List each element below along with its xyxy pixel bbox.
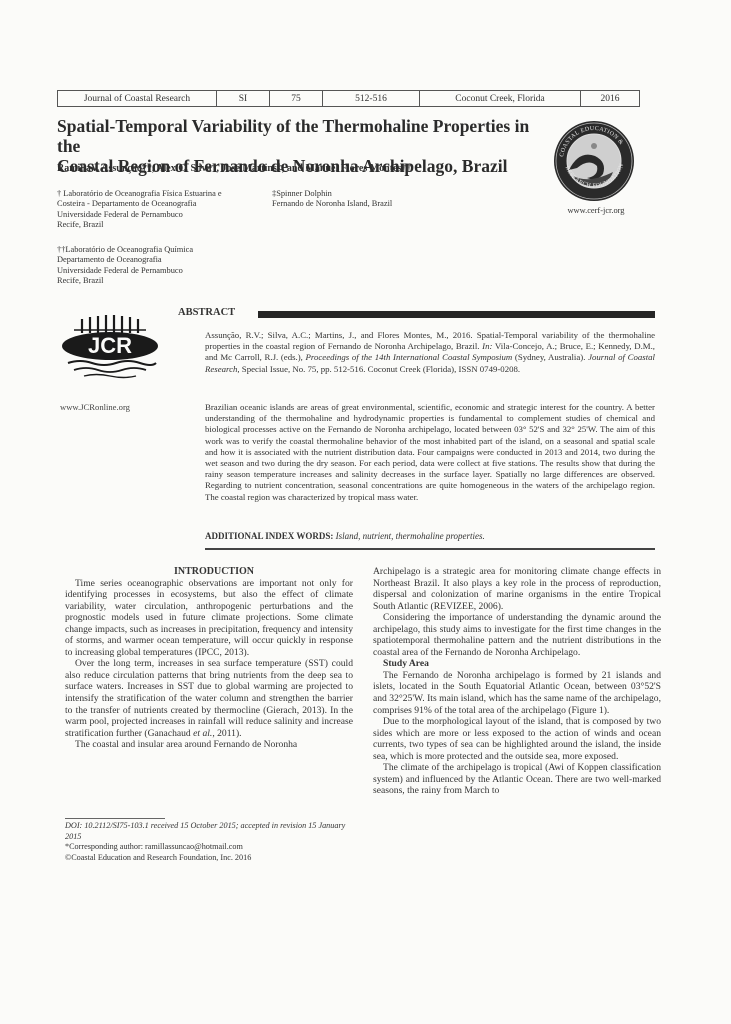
footnotes: DOI: 10.2112/SI75-103.1 received 15 Octo…	[65, 821, 355, 863]
intro-paragraph-1: Time series oceanographic observations a…	[65, 578, 353, 659]
affiliation-line: Universidade Federal de Pernambuco	[57, 210, 222, 220]
journal-volume: 75	[270, 91, 323, 106]
author-list: RamillaV. Assunção†*, Alex C. Silva†, Jo…	[57, 163, 411, 174]
cerf-seal-icon: COASTAL EDUCATION & RESEARCH FOUNDATION,…	[553, 120, 635, 202]
journal-location: Coconut Creek, Florida	[420, 91, 581, 106]
jcr-logo-text: JCR	[88, 333, 132, 358]
doi-line: DOI: 10.2112/SI75-103.1 received 15 Octo…	[65, 821, 355, 842]
index-words-label: ADDITIONAL INDEX WORDS:	[205, 531, 333, 541]
affiliation-line: Departamento de Oceanografia	[57, 255, 193, 265]
journal-year: 2016	[581, 91, 639, 106]
abstract-heading: ABSTRACT	[178, 307, 235, 318]
intro-paragraph-2: Over the long term, increases in sea sur…	[65, 658, 353, 739]
copyright-line: ©Coastal Education and Research Foundati…	[65, 853, 355, 864]
study-area-paragraph-2: Due to the morphological layout of the i…	[373, 716, 661, 762]
abstract-end-rule	[205, 548, 655, 550]
footnote-rule	[65, 818, 165, 819]
affiliation-line: Fernando de Noronha Island, Brazil	[272, 199, 392, 209]
jcr-url-link[interactable]: www.JCRonline.org	[60, 402, 130, 412]
journal-header-table: Journal of Coastal Research SI 75 512-51…	[57, 90, 640, 107]
affiliation-line: Costeira - Departamento de Oceanografia	[57, 199, 222, 209]
title-line-1: Spatial-Temporal Variability of the Ther…	[57, 116, 537, 156]
corresponding-author: *Corresponding author: ramillassuncao@ho…	[65, 842, 355, 853]
citation-text: , Special Issue, No. 75, pp. 512-516. Co…	[237, 364, 520, 374]
journal-series: SI	[217, 91, 270, 106]
affiliation-line: † Laboratório de Oceanografia Física Est…	[57, 189, 222, 199]
index-words-list: Island, nutrient, thermohaline propertie…	[336, 531, 485, 541]
journal-pages: 512-516	[323, 91, 420, 106]
abstract-citation: Assunção, R.V.; Silva, A.C.; Martins, J.…	[205, 330, 655, 375]
et-al: et al.	[193, 728, 212, 739]
abstract-body: Brazilian oceanic islands are areas of g…	[205, 402, 655, 503]
affiliation-line: ‡Spinner Dolphin	[272, 189, 392, 199]
left-column: INTRODUCTION Time series oceanographic o…	[65, 566, 353, 751]
citation-proceedings: Proceedings of the 14th International Co…	[306, 352, 513, 362]
study-area-paragraph-1: The Fernando de Noronha archipelago is f…	[373, 670, 661, 716]
index-words: ADDITIONAL INDEX WORDS: Island, nutrient…	[205, 531, 485, 541]
abstract-divider-bar	[258, 311, 655, 318]
right-column: Archipelago is a strategic area for moni…	[373, 566, 661, 797]
study-area-heading: Study Area	[373, 658, 661, 670]
intro-paragraph-4: Considering the importance of understand…	[373, 612, 661, 658]
affiliation-line: Recife, Brazil	[57, 276, 193, 286]
paragraph-text: Over the long term, increases in sea sur…	[65, 658, 353, 738]
affiliation-2: ‡Spinner Dolphin Fernando de Noronha Isl…	[272, 189, 392, 210]
cerf-url-link[interactable]: www.cerf-jcr.org	[540, 206, 652, 215]
intro-paragraph-3: The coastal and insular area around Fern…	[65, 739, 353, 751]
affiliation-3: ††Laboratório de Oceanografia Química De…	[57, 245, 193, 287]
journal-name: Journal of Coastal Research	[58, 91, 217, 106]
affiliation-line: ††Laboratório de Oceanografia Química	[57, 245, 193, 255]
study-area-paragraph-3: The climate of the archipelago is tropic…	[373, 762, 661, 797]
paragraph-text: , 2011).	[212, 728, 241, 739]
introduction-heading: INTRODUCTION	[65, 566, 353, 578]
affiliation-line: Recife, Brazil	[57, 220, 222, 230]
affiliation-line: Universidade Federal de Pernambuco	[57, 266, 193, 276]
jcr-logo-icon: JCR	[60, 313, 160, 381]
intro-paragraph-3-continued: Archipelago is a strategic area for moni…	[373, 566, 661, 612]
citation-in: In:	[482, 341, 492, 351]
affiliation-1: † Laboratório de Oceanografia Física Est…	[57, 189, 222, 231]
citation-text: (Sydney, Australia).	[512, 352, 588, 362]
